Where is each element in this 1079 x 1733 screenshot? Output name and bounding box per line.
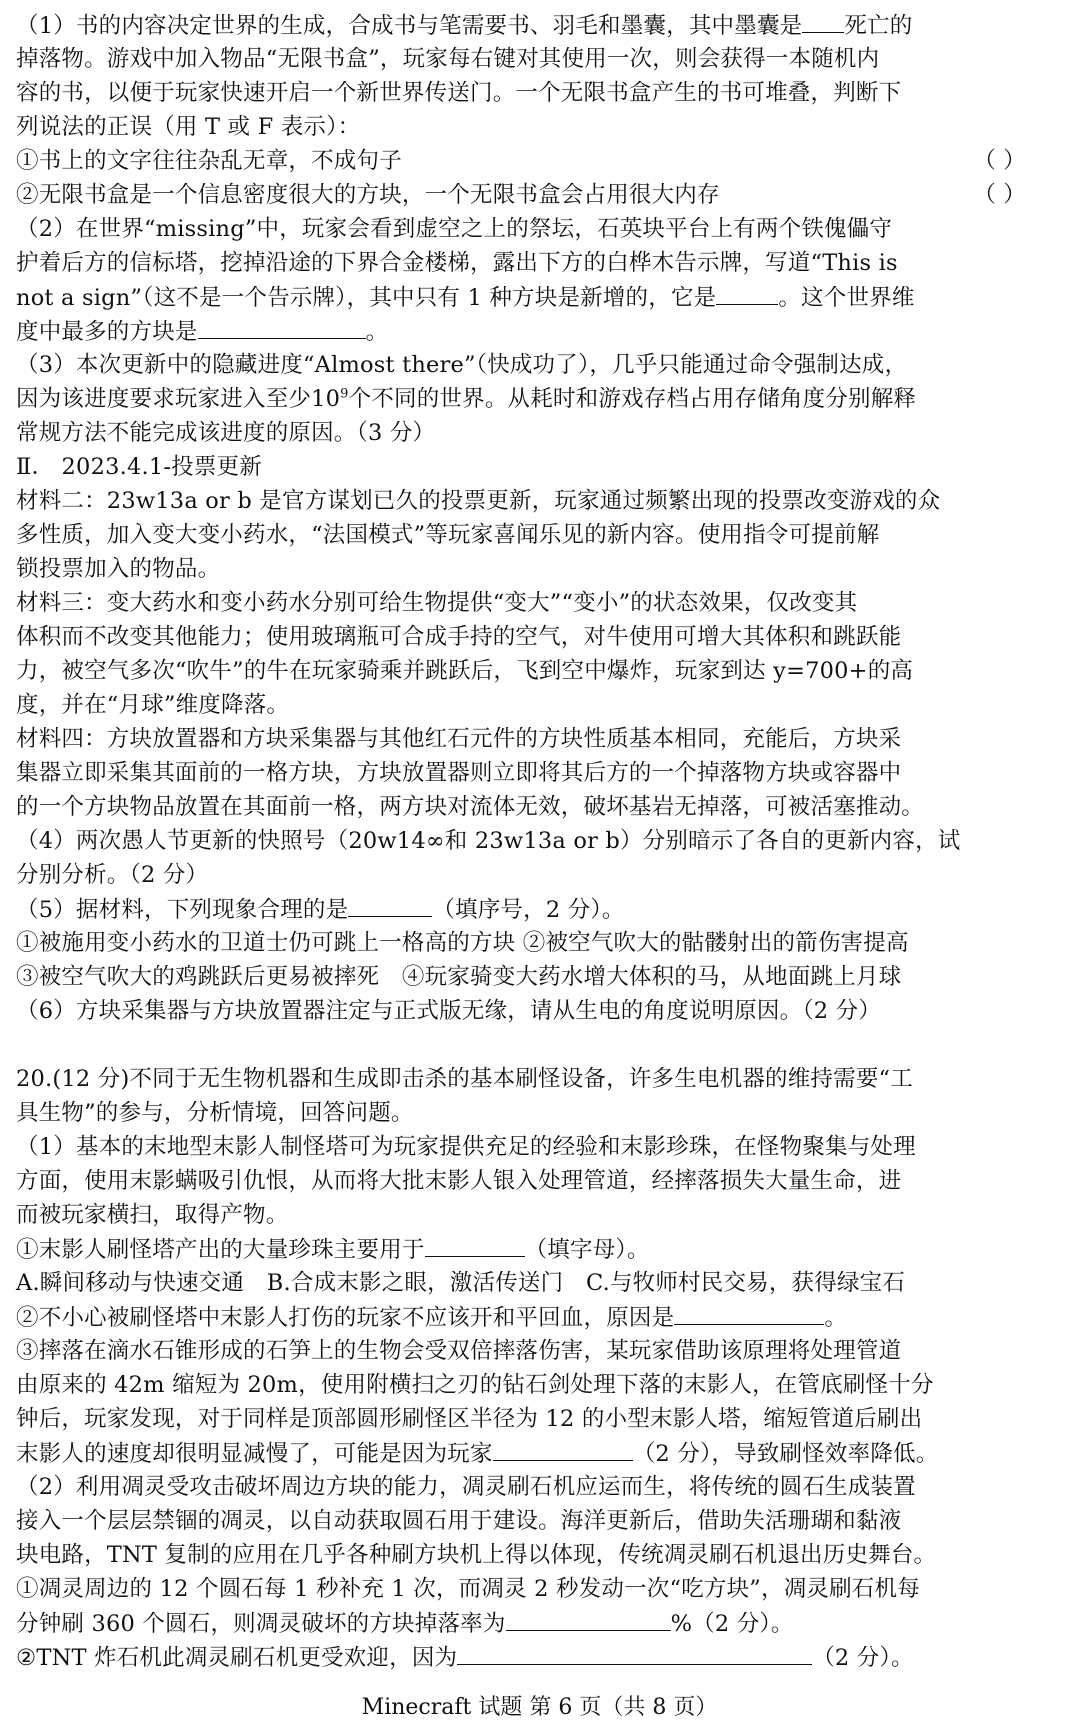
q20-intro: 具生物”的参与，分析情境，回答问题。 — [16, 1098, 414, 1128]
text: （填字母）。 — [525, 1237, 650, 1263]
answer-blank[interactable] — [425, 1234, 525, 1257]
q20-1-text: 而被玩家横扫，取得产物。 — [16, 1200, 288, 1230]
q19-1-item1: ①书上的文字往往杂乱无章，不成句子 （ ） — [16, 146, 1056, 176]
text: 分钟刷 360 个圆石，则凋灵破坏的方块掉落率为 — [16, 1611, 506, 1637]
text: 度中最多的方块是 — [16, 319, 198, 345]
q19-4-line: 分别分析。（2 分） — [16, 860, 208, 890]
answer-blank[interactable] — [457, 1642, 812, 1665]
q19-3-line1: （3）本次更新中的隐藏进度“Almost there”（快成功了），几乎只能通过… — [16, 350, 907, 380]
text: %（2 分）。 — [671, 1611, 794, 1637]
q19-4-line: （4）两次愚人节更新的快照号（20w14∞和 23w13a or b）分别暗示了… — [16, 826, 960, 856]
q20-intro: 20.(12 分)不同于无生物机器和生成即击杀的基本刷怪设备，许多生电机器的维持… — [16, 1064, 913, 1094]
text: not a sign”（这不是一个告示牌），其中只有 1 种方块是新增的，它是 — [16, 285, 716, 311]
q20-2-text: 块电路，TNT 复制的应用在几乎各种刷方块机上得以体现，传统凋灵刷石机退出历史舞… — [16, 1540, 936, 1570]
q20-2-text: （2）利用凋灵受攻击破坏周边方块的能力，凋灵刷石机应运而生，将传统的圆石生成装置 — [16, 1472, 916, 1502]
q19-1-line4: 列说法的正误（用 T 或 F 表示）： — [16, 112, 360, 142]
tf-answer-paren[interactable]: （ ） — [973, 146, 1026, 176]
material3-line: 度，并在“月球”维度降落。 — [16, 690, 289, 720]
q20-2-q2: ②TNT 炸石机此凋灵刷石机更受欢迎，因为（2 分）。 — [16, 1642, 914, 1672]
text: （1）书的内容决定世界的生成，合成书与笔需要书、羽毛和墨囊，其中墨囊是 — [16, 13, 802, 39]
q19-2-line2: 护着后方的信标塔，挖掉沿途的下界合金楼梯，露出下方的白桦木告示牌，写道“This… — [16, 248, 898, 278]
q19-1-line2: 掉落物。游戏中加入物品“无限书盒”，玩家每右键对其使用一次，则会获得一本随机内 — [16, 44, 879, 74]
text: （2 分），导致刷怪效率降低。 — [633, 1441, 939, 1467]
q19-2-line4: 度中最多的方块是。 — [16, 316, 388, 346]
text: 个不同的世界。从耗时和游戏存档占用存储角度分别解释 — [349, 386, 917, 412]
text: 。 — [824, 1305, 847, 1331]
q19-6: （6）方块采集器与方块放置器注定与正式版无缘，请从生电的角度说明原因。（2 分） — [16, 996, 881, 1026]
section-heading: Ⅱ． 2023.4.1-投票更新 — [16, 452, 262, 482]
answer-blank[interactable] — [802, 10, 844, 33]
q20-1-choices: A.瞬间移动与快速交通 B.合成末影之眼，激活传送门 C.与牧师村民交易，获得绿… — [16, 1268, 905, 1298]
text: 末影人的速度却很明显减慢了，可能是因为玩家 — [16, 1441, 493, 1467]
q19-2-line1: （2）在世界“missing”中，玩家会看到虚空之上的祭坛，石英块平台上有两个铁… — [16, 214, 892, 244]
q19-5-options: ③被空气吹大的鸡跳跃后更易被摔死 ④玩家骑变大药水增大体积的马，从地面跳上月球 — [16, 962, 901, 992]
answer-blank[interactable] — [716, 282, 778, 305]
q19-1-line3: 容的书，以便于玩家快速开启一个新世界传送门。一个无限书盒产生的书可堆叠，判断下 — [16, 78, 901, 108]
q19-5-options: ①被施用变小药水的卫道士仍可跳上一格高的方块 ②被空气吹大的骷髅射出的箭伤害提高 — [16, 928, 909, 958]
text: 因为该进度要求玩家进入至少10 — [16, 386, 340, 412]
text: 死亡的 — [844, 13, 912, 39]
q20-1-text: 方面，使用末影螨吸引仇恨，从而将大批末影人银入处理管道，经摔落损失大量生命，进 — [16, 1166, 901, 1196]
q19-1-line1: （1）书的内容决定世界的生成，合成书与笔需要书、羽毛和墨囊，其中墨囊是死亡的 — [16, 10, 912, 40]
answer-blank[interactable] — [506, 1608, 671, 1631]
answer-blank[interactable] — [198, 316, 366, 339]
tf-answer-paren[interactable]: （ ） — [973, 180, 1026, 210]
q20-1-q3: 钟后，玩家发现，对于同样是顶部圆形刷怪区半径为 12 的小型末影人塔，缩短管道后… — [16, 1404, 922, 1434]
text: ①末影人刷怪塔产出的大量珍珠主要用于 — [16, 1237, 425, 1263]
page-footer: Minecraft 试题 第 6 页（共 8 页） — [0, 1693, 1079, 1723]
text: ②TNT 炸石机此凋灵刷石机更受欢迎，因为 — [16, 1645, 457, 1671]
q20-2-q1-line2: 分钟刷 360 个圆石，则凋灵破坏的方块掉落率为%（2 分）。 — [16, 1608, 794, 1638]
material3-line: 体积而不改变其他能力；使用玻璃瓶可合成手持的空气，对牛使用可增大其体积和跳跃能 — [16, 622, 901, 652]
text: 。 — [366, 319, 389, 345]
material2-line: 多性质，加入变大变小药水，“法国模式”等玩家喜闻乐见的新内容。使用指令可提前解 — [16, 520, 879, 550]
text: ②不小心被刷怪塔中末影人打伤的玩家不应该开和平回血，原因是 — [16, 1305, 674, 1331]
material3-line: 力，被空气多次“吹牛”的牛在玩家骑乘并跳跃后，飞到空中爆炸，玩家到达 y=700… — [16, 656, 913, 686]
text: （2 分）。 — [812, 1645, 913, 1671]
q19-2-line3: not a sign”（这不是一个告示牌），其中只有 1 种方块是新增的，它是。… — [16, 282, 915, 312]
q20-1-q3-last: 末影人的速度却很明显减慢了，可能是因为玩家（2 分），导致刷怪效率降低。 — [16, 1438, 938, 1468]
exponent: 9 — [340, 387, 348, 402]
material2-line: 材料二：23w13a or b 是官方谋划已久的投票更新，玩家通过频繁出现的投票… — [16, 486, 940, 516]
text: ②无限书盒是一个信息密度很大的方块，一个无限书盒会占用很大内存 — [16, 182, 720, 208]
text: ①书上的文字往往杂乱无章，不成句子 — [16, 148, 402, 174]
q19-3-line2: 因为该进度要求玩家进入至少109个不同的世界。从耗时和游戏存档占用存储角度分别解… — [16, 384, 916, 414]
q19-5-line1: （5）据材料，下列现象合理的是（填序号，2 分）。 — [16, 894, 625, 924]
text: 。这个世界维 — [778, 285, 914, 311]
material4-line: 的一个方块物品放置在其面前一格，两方块对流体无效，破坏基岩无掉落，可被活塞推动。 — [16, 792, 924, 822]
material2-line: 锁投票加入的物品。 — [16, 554, 220, 584]
material4-line: 材料四：方块放置器和方块采集器与其他红石元件的方块性质基本相同，充能后，方块采 — [16, 724, 901, 754]
q20-1-q2: ②不小心被刷怪塔中末影人打伤的玩家不应该开和平回血，原因是。 — [16, 1302, 847, 1332]
q20-1-text: （1）基本的末地型末影人制怪塔可为玩家提供充足的经验和末影珍珠，在怪物聚集与处理 — [16, 1132, 916, 1162]
answer-blank[interactable] — [674, 1302, 824, 1325]
text: （填序号，2 分）。 — [432, 897, 624, 923]
q20-2-text: 接入一个层层禁锢的凋灵，以自动获取圆石用于建设。海洋更新后，借助失活珊瑚和黏液 — [16, 1506, 901, 1536]
text: （5）据材料，下列现象合理的是 — [16, 897, 348, 923]
q20-1-q3: ③摔落在滴水石锥形成的石笋上的生物会受双倍摔落伤害，某玩家借助该原理将处理管道 — [16, 1336, 901, 1366]
q20-1-q3: 由原来的 42m 缩短为 20m，使用附横扫之刃的钻石剑处理下落的末影人，在管底… — [16, 1370, 934, 1400]
q20-2-q1: ①凋灵周边的 12 个圆石每 1 秒补充 1 次，而凋灵 2 秒发动一次“吃方块… — [16, 1574, 920, 1604]
material3-line: 材料三：变大药水和变小药水分别可给生物提供“变大”“变小”的状态效果，仅改变其 — [16, 588, 857, 618]
material4-line: 集器立即采集其面前的一格方块，方块放置器则立即将其后方的一个掉落物方块或容器中 — [16, 758, 901, 788]
answer-blank[interactable] — [348, 894, 432, 917]
q19-1-item2: ②无限书盒是一个信息密度很大的方块，一个无限书盒会占用很大内存 （ ） — [16, 180, 1056, 210]
q20-1-q1: ①末影人刷怪塔产出的大量珍珠主要用于（填字母）。 — [16, 1234, 650, 1264]
q19-3-line3: 常规方法不能完成该进度的原因。（3 分） — [16, 418, 435, 448]
answer-blank[interactable] — [493, 1438, 633, 1461]
